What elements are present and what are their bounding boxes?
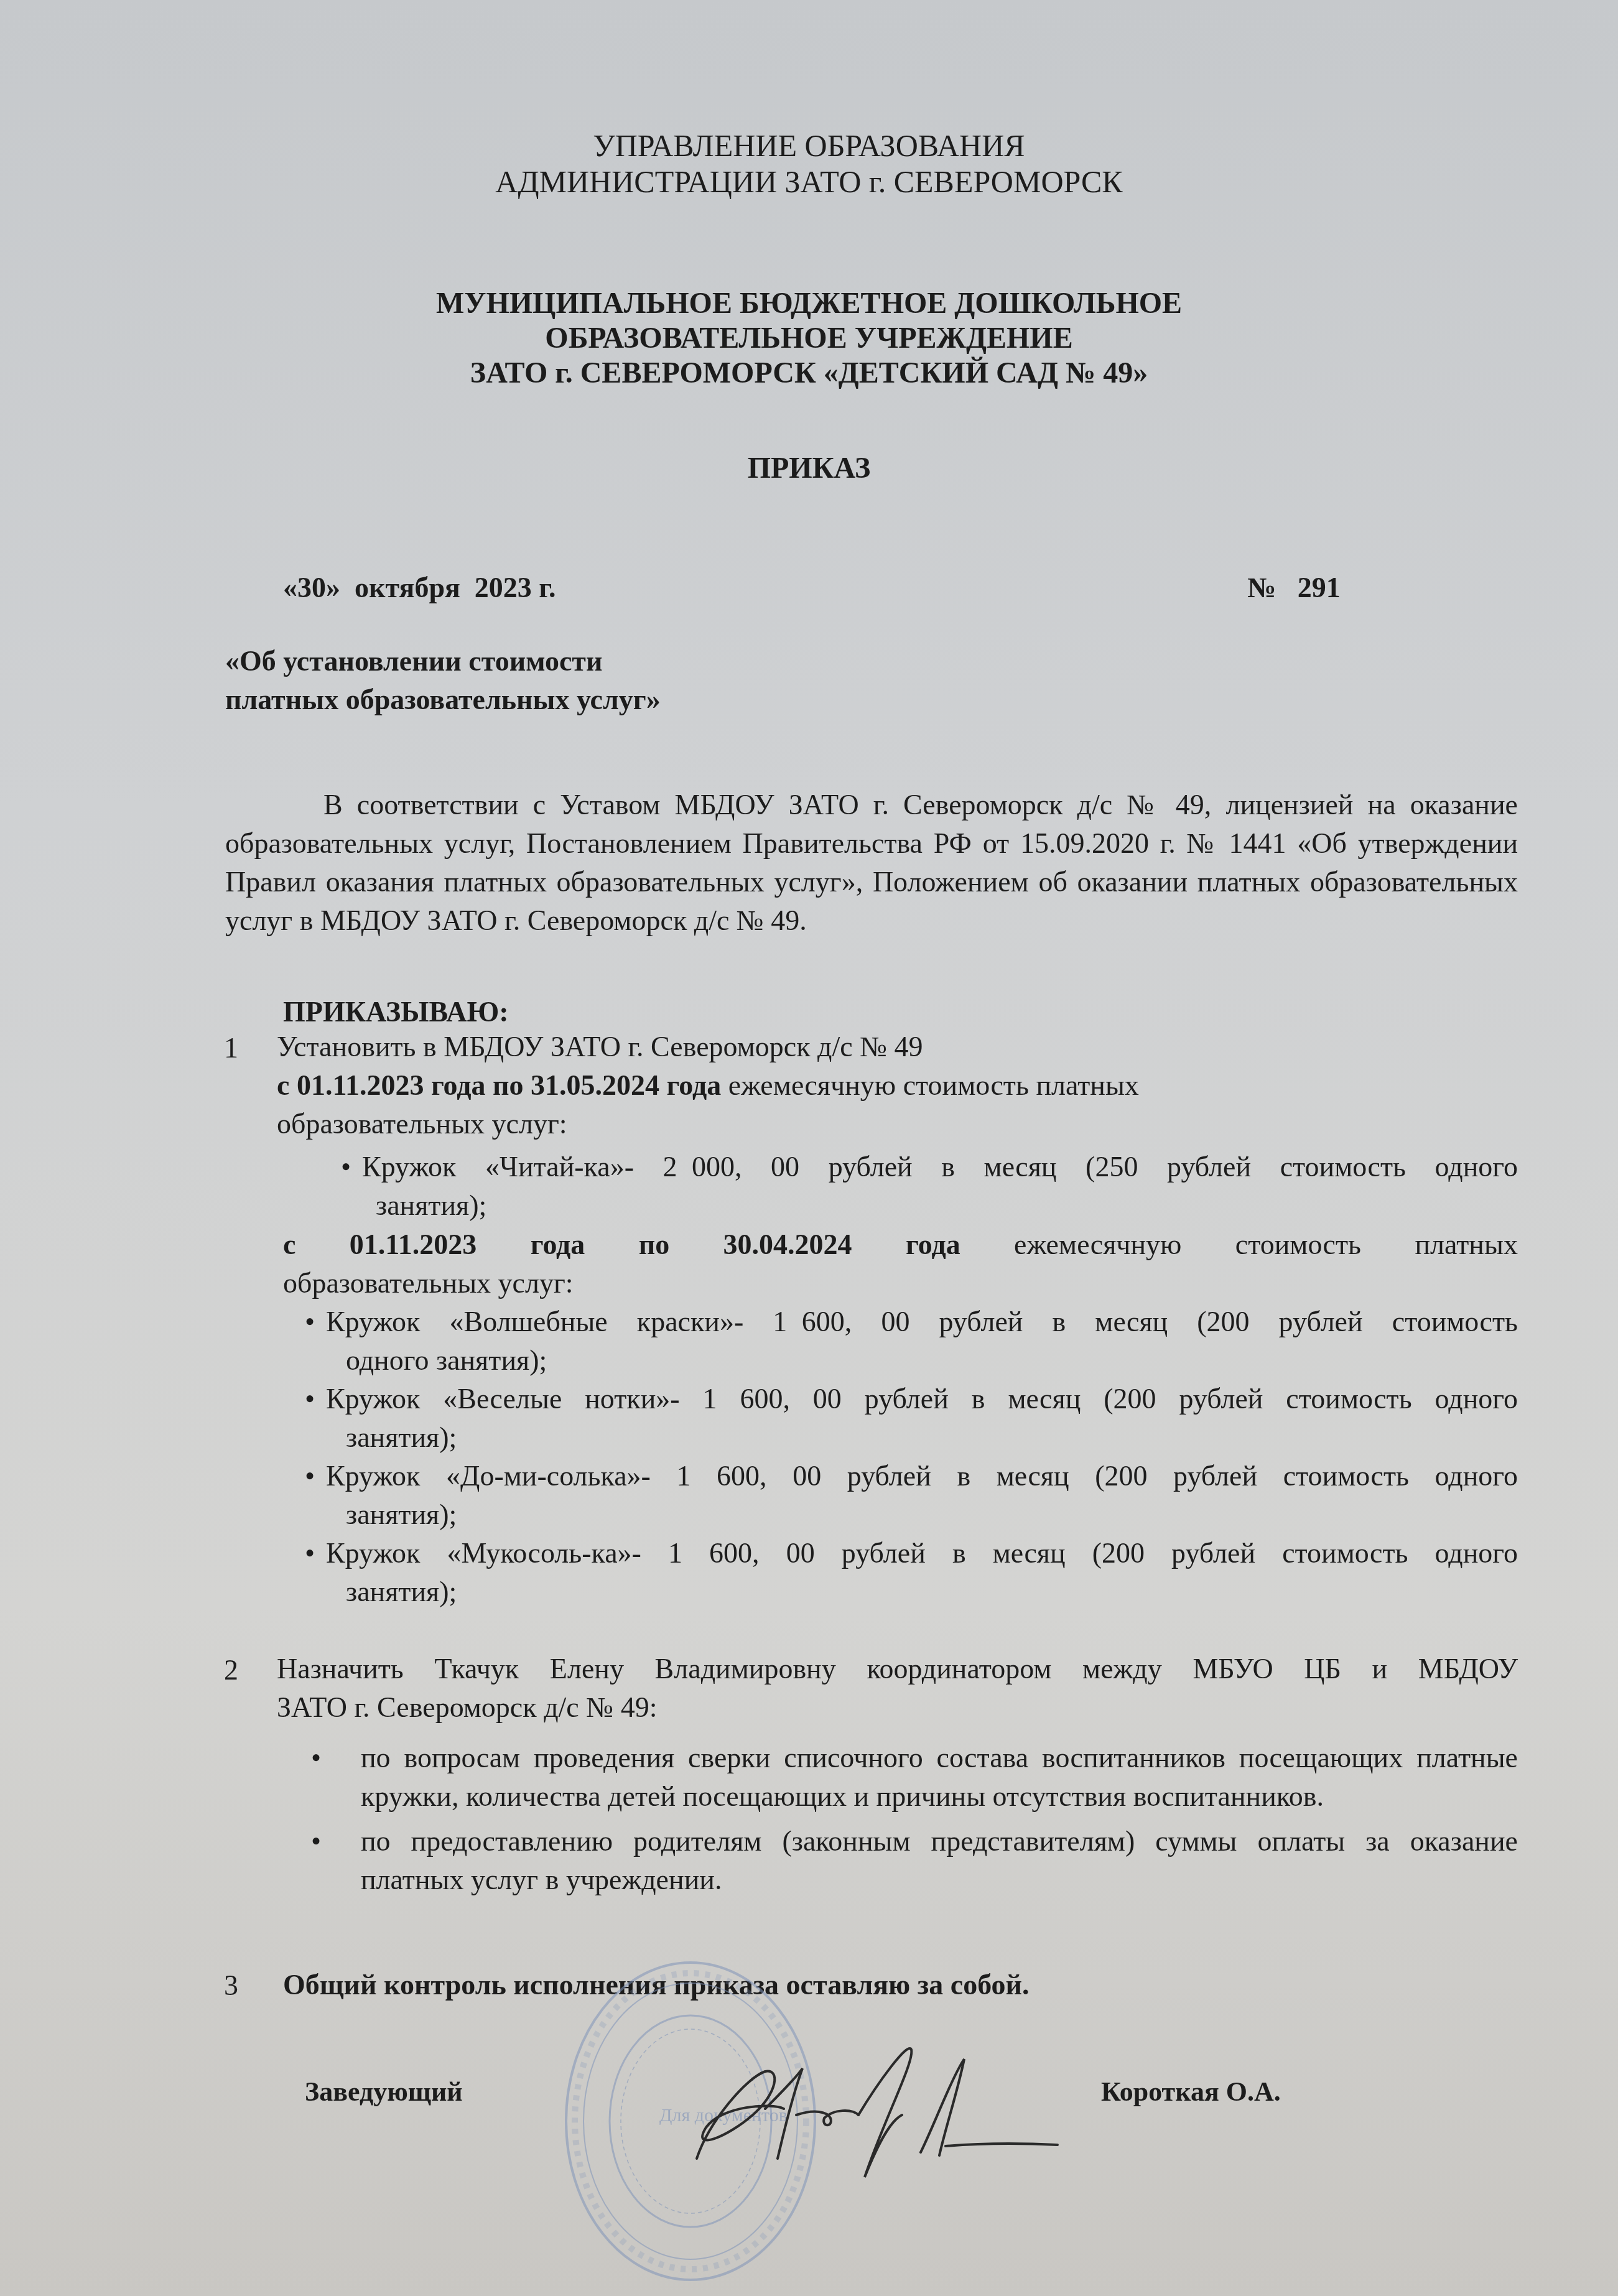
service-line-1: Кружок «До-ми-солька»- 1 600, 00 рублей … [326, 1457, 1518, 1495]
order-number: № 291 [1247, 571, 1341, 604]
duty-text: по предоставлению родителям (законным пр… [361, 1822, 1518, 1899]
period-1-services: • Кружок «Читай-ка»- 2 000, 00 рублей в … [341, 1148, 1518, 1225]
preamble-paragraph: В соответствии с Уставом МБДОУ ЗАТО г. С… [225, 786, 1518, 940]
service-list-item: • Кружок «Веселые нотки»- 1 600, 00 рубл… [305, 1380, 1518, 1457]
service-line-2: занятия); [362, 1186, 1518, 1225]
period-2-word: стоимость [1235, 1225, 1361, 1264]
item-2-line-2: ЗАТО г. Североморск д/с № 49: [277, 1688, 1518, 1727]
bullet-icon: • [305, 1380, 326, 1457]
period-2-services: • Кружок «Волшебные краски»- 1 600, 00 р… [305, 1303, 1518, 1611]
department-line-1: УПРАВЛЕНИЕ ОБРАЗОВАНИЯ [0, 128, 1618, 164]
bullet-icon: • [305, 1534, 326, 1611]
period-2-word: года [531, 1225, 585, 1264]
service-line-1: Кружок «Мукосоль-ка»- 1 600, 00 рублей в… [326, 1534, 1518, 1573]
document-type: ПРИКАЗ [0, 451, 1618, 485]
item-2-number: 2 [224, 1653, 238, 1686]
period-1-dates: с 01.11.2023 года по 31.05.2024 года [277, 1069, 721, 1101]
handwritten-signature-icon [672, 2034, 1070, 2196]
item-1-period-1: с 01.11.2023 года по 31.05.2024 года еже… [277, 1066, 1521, 1105]
period-2-start-date: 01.11.2023 [350, 1225, 477, 1264]
subject-line-2: платных образовательных услуг» [225, 681, 661, 719]
duty-list-item: • по вопросам проведения сверки списочно… [311, 1739, 1518, 1816]
organization-line-3: ЗАТО г. СЕВЕРОМОРСК «ДЕТСКИЙ САД № 49» [0, 356, 1618, 391]
subject-line-1: «Об установлении стоимости [225, 642, 661, 681]
item-1: Установить в МБДОУ ЗАТО г. Североморск д… [277, 1028, 1521, 1143]
order-word: ПРИКАЗЫВАЮ: [283, 995, 509, 1028]
duty-list-item: • по предоставлению родителям (законным … [311, 1822, 1518, 1899]
organization-line-1: МУНИЦИПАЛЬНОЕ БЮДЖЕТНОЕ ДОШКОЛЬНОЕ [0, 286, 1618, 321]
organization-line-2: ОБРАЗОВАТЕЛЬНОЕ УЧРЕЖДЕНИЕ [0, 321, 1618, 356]
department-line-2: АДМИНИСТРАЦИИ ЗАТО г. СЕВЕРОМОРСК [0, 164, 1618, 200]
period-2-word: платных [1415, 1225, 1517, 1264]
item-1-line-1: Установить в МБДОУ ЗАТО г. Североморск д… [277, 1028, 1521, 1066]
item-2-line-1: Назначить Ткачук Елену Владимировну коор… [277, 1650, 1518, 1688]
department-header: УПРАВЛЕНИЕ ОБРАЗОВАНИЯ АДМИНИСТРАЦИИ ЗАТ… [0, 128, 1618, 200]
service-list-item: • Кружок «До-ми-солька»- 1 600, 00 рубле… [305, 1457, 1518, 1534]
bullet-icon: • [311, 1822, 361, 1899]
organization-header: МУНИЦИПАЛЬНОЕ БЮДЖЕТНОЕ ДОШКОЛЬНОЕ ОБРАЗ… [0, 286, 1618, 391]
bullet-icon: • [305, 1303, 326, 1380]
order-subject: «Об установлении стоимости платных образ… [225, 642, 661, 719]
item-1-number: 1 [224, 1031, 238, 1064]
service-line-2: занятия); [326, 1418, 1518, 1457]
period-2-line-2: образовательных услуг: [283, 1264, 1518, 1303]
duty-text: по вопросам проведения сверки списочного… [361, 1739, 1518, 1816]
item-2-bullets: • по вопросам проведения сверки списочно… [311, 1739, 1518, 1899]
service-line-1: Кружок «Веселые нотки»- 1 600, 00 рублей… [326, 1380, 1518, 1418]
bullet-icon: • [311, 1739, 361, 1816]
signatory-name: Короткая О.А. [1101, 2076, 1281, 2108]
period-2-word: ежемесячную [1014, 1225, 1181, 1264]
document-page: УПРАВЛЕНИЕ ОБРАЗОВАНИЯ АДМИНИСТРАЦИИ ЗАТ… [0, 0, 1618, 2296]
period-2-word: с [283, 1225, 295, 1264]
service-list-item: • Кружок «Волшебные краски»- 1 600, 00 р… [305, 1303, 1518, 1380]
service-line-2: занятия); [326, 1495, 1518, 1534]
period-2-word: года [906, 1225, 960, 1264]
order-date: «30» октября 2023 г. [283, 571, 556, 604]
period-2-heading: с 01.11.2023 года по 30.04.2024 года еже… [283, 1225, 1518, 1264]
service-line-2: одного занятия); [326, 1341, 1518, 1380]
period-2-end-date: 30.04.2024 [723, 1225, 852, 1264]
item-3-number: 3 [224, 1969, 238, 2002]
period-1-rest: ежемесячную стоимость платных [721, 1069, 1139, 1101]
item-2: Назначить Ткачук Елену Владимировну коор… [277, 1650, 1518, 1727]
service-line-1: Кружок «Волшебные краски»- 1 600, 00 руб… [326, 1303, 1518, 1341]
signatory-role: Заведующий [305, 2076, 463, 2108]
service-line-1: Кружок «Читай-ка»- 2 000, 00 рублей в ме… [362, 1148, 1518, 1186]
period-2-word: по [639, 1225, 670, 1264]
bullet-icon: • [305, 1457, 326, 1534]
item-1-period-2: с 01.11.2023 года по 30.04.2024 года еже… [283, 1225, 1518, 1303]
bullet-icon: • [341, 1148, 362, 1225]
period-1-line-2: образовательных услуг: [277, 1105, 1521, 1143]
service-line-2: занятия); [326, 1573, 1518, 1611]
service-list-item: • Кружок «Мукосоль-ка»- 1 600, 00 рублей… [305, 1534, 1518, 1611]
service-list-item: • Кружок «Читай-ка»- 2 000, 00 рублей в … [341, 1148, 1518, 1225]
